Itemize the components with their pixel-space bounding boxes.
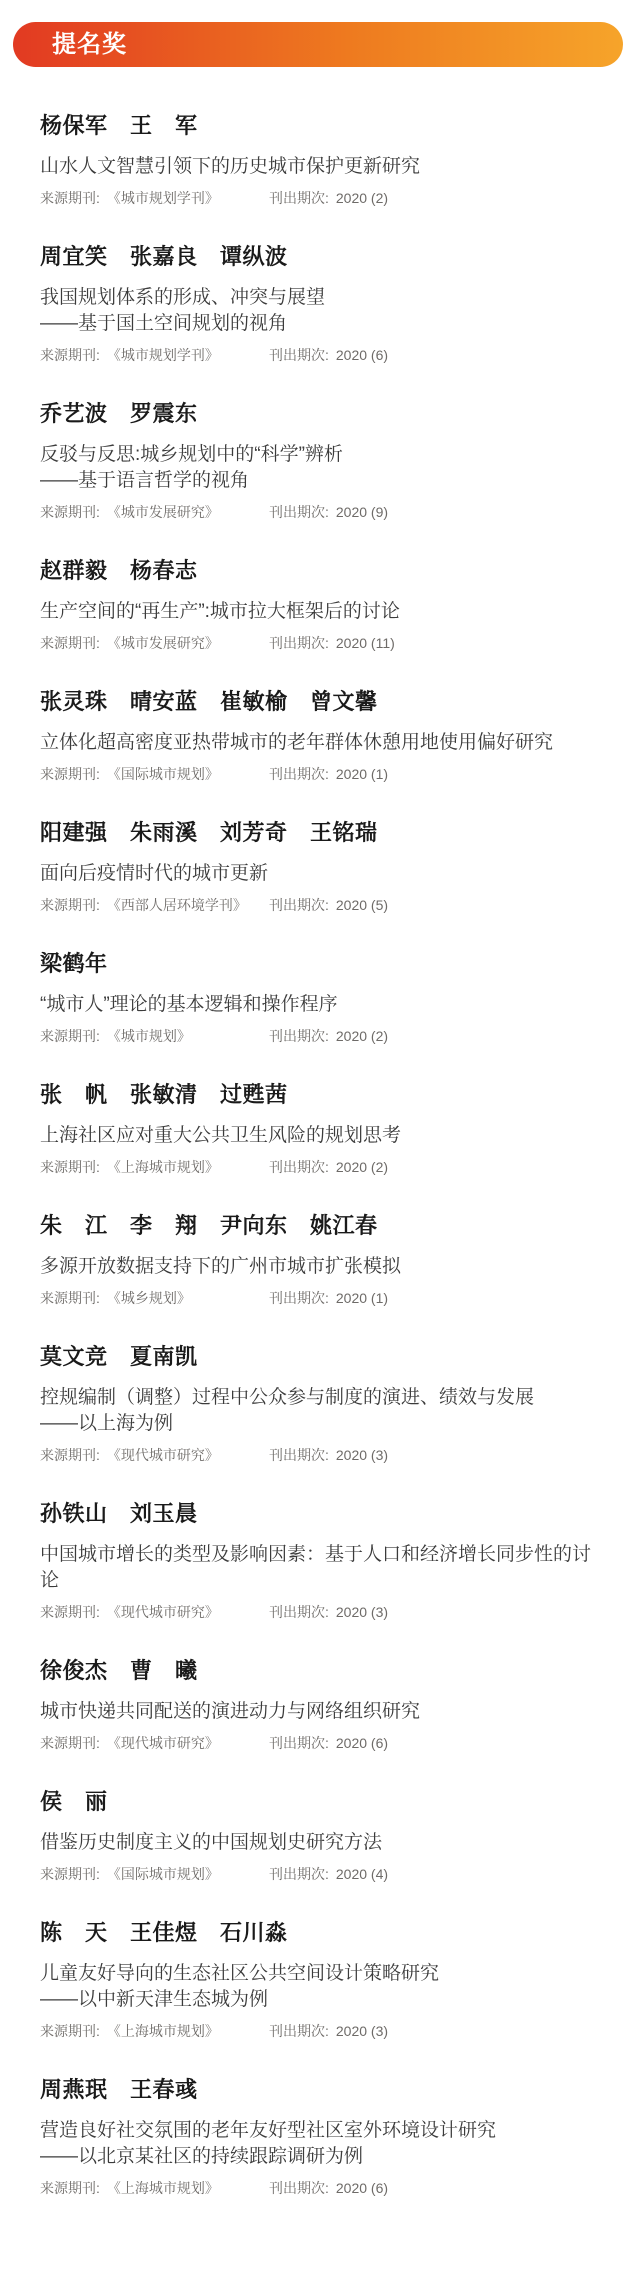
entry-issue-group: 刊出期次:2020 (3) <box>269 1603 388 1621</box>
journal-name: 《西部人居环境学刊》 <box>107 897 247 913</box>
entry-title: 儿童友好导向的生态社区公共空间设计策略研究 ——以中新天津生态城为例 <box>40 1961 606 2013</box>
issue-label: 刊出期次: <box>269 1290 329 1306</box>
entry-meta: 来源期刊:《城市规划学刊》 刊出期次:2020 (6) <box>40 346 606 364</box>
entry-journal-group: 来源期刊:《上海城市规划》 <box>40 2022 255 2040</box>
entry-issue-group: 刊出期次:2020 (6) <box>269 346 388 364</box>
entry-authors: 侯 丽 <box>40 1789 606 1815</box>
award-entry: 周燕珉 王春彧 营造良好社交氛围的老年友好型社区室外环境设计研究 ——以北京某社… <box>40 2077 606 2197</box>
entry-authors: 孙铁山 刘玉晨 <box>40 1501 606 1527</box>
entry-issue-group: 刊出期次:2020 (2) <box>269 189 388 207</box>
entry-journal-group: 来源期刊:《上海城市规划》 <box>40 2179 255 2197</box>
issue-label: 刊出期次: <box>269 504 329 520</box>
issue-value: 2020 (3) <box>336 1604 388 1620</box>
entry-issue-group: 刊出期次:2020 (3) <box>269 1446 388 1464</box>
entry-journal-group: 来源期刊:《西部人居环境学刊》 <box>40 896 255 914</box>
entry-journal-group: 来源期刊:《现代城市研究》 <box>40 1446 255 1464</box>
entry-title: 反驳与反思:城乡规划中的“科学”辨析 ——基于语言哲学的视角 <box>40 442 606 494</box>
issue-label: 刊出期次: <box>269 766 329 782</box>
award-entry: 侯 丽 借鉴历史制度主义的中国规划史研究方法 来源期刊:《国际城市规划》 刊出期… <box>40 1789 606 1883</box>
entry-title: 控规编制（调整）过程中公众参与制度的演进、绩效与发展 ——以上海为例 <box>40 1385 606 1437</box>
issue-label: 刊出期次: <box>269 1447 329 1463</box>
journal-label: 来源期刊: <box>40 2180 100 2196</box>
issue-label: 刊出期次: <box>269 1866 329 1882</box>
issue-label: 刊出期次: <box>269 1028 329 1044</box>
entry-meta: 来源期刊:《城市规划》 刊出期次:2020 (2) <box>40 1027 606 1045</box>
entry-meta: 来源期刊:《西部人居环境学刊》 刊出期次:2020 (5) <box>40 896 606 914</box>
issue-value: 2020 (5) <box>336 897 388 913</box>
issue-value: 2020 (3) <box>336 2023 388 2039</box>
journal-name: 《国际城市规划》 <box>107 766 219 782</box>
issue-label: 刊出期次: <box>269 635 329 651</box>
entry-meta: 来源期刊:《城市发展研究》 刊出期次:2020 (11) <box>40 634 606 652</box>
award-entry: 徐俊杰 曹 曦 城市快递共同配送的演进动力与网络组织研究 来源期刊:《现代城市研… <box>40 1658 606 1752</box>
entry-issue-group: 刊出期次:2020 (2) <box>269 1158 388 1176</box>
entry-title: 立体化超高密度亚热带城市的老年群体休憩用地使用偏好研究 <box>40 730 606 756</box>
issue-value: 2020 (1) <box>336 1290 388 1306</box>
award-category-badge: 提名奖 <box>13 22 623 67</box>
issue-value: 2020 (1) <box>336 766 388 782</box>
entry-title: 城市快递共同配送的演进动力与网络组织研究 <box>40 1699 606 1725</box>
entry-title: 山水人文智慧引领下的历史城市保护更新研究 <box>40 154 606 180</box>
entry-journal-group: 来源期刊:《现代城市研究》 <box>40 1603 255 1621</box>
journal-name: 《城市规划学刊》 <box>107 347 219 363</box>
entry-title: 生产空间的“再生产”:城市拉大框架后的讨论 <box>40 599 606 625</box>
entry-journal-group: 来源期刊:《国际城市规划》 <box>40 765 255 783</box>
entry-authors: 张 帆 张敏清 过甦茜 <box>40 1082 606 1108</box>
issue-value: 2020 (2) <box>336 190 388 206</box>
entry-meta: 来源期刊:《上海城市规划》 刊出期次:2020 (3) <box>40 2022 606 2040</box>
entry-title: “城市人”理论的基本逻辑和操作程序 <box>40 992 606 1018</box>
issue-value: 2020 (11) <box>336 635 395 651</box>
journal-name: 《国际城市规划》 <box>107 1866 219 1882</box>
issue-label: 刊出期次: <box>269 347 329 363</box>
entry-journal-group: 来源期刊:《城乡规划》 <box>40 1289 255 1307</box>
entry-issue-group: 刊出期次:2020 (4) <box>269 1865 388 1883</box>
award-category-label: 提名奖 <box>52 33 127 57</box>
journal-label: 来源期刊: <box>40 1028 100 1044</box>
issue-label: 刊出期次: <box>269 2023 329 2039</box>
award-entry: 周宜笑 张嘉良 谭纵波 我国规划体系的形成、冲突与展望 ——基于国土空间规划的视… <box>40 244 606 364</box>
entry-meta: 来源期刊:《城市发展研究》 刊出期次:2020 (9) <box>40 503 606 521</box>
entry-journal-group: 来源期刊:《国际城市规划》 <box>40 1865 255 1883</box>
entry-authors: 朱 江 李 翔 尹向东 姚江春 <box>40 1213 606 1239</box>
issue-label: 刊出期次: <box>269 1735 329 1751</box>
journal-name: 《城市发展研究》 <box>107 504 219 520</box>
issue-value: 2020 (6) <box>336 1735 388 1751</box>
entry-meta: 来源期刊:《现代城市研究》 刊出期次:2020 (3) <box>40 1603 606 1621</box>
entry-meta: 来源期刊:《城市规划学刊》 刊出期次:2020 (2) <box>40 189 606 207</box>
award-entry: 乔艺波 罗震东 反驳与反思:城乡规划中的“科学”辨析 ——基于语言哲学的视角 来… <box>40 401 606 521</box>
entry-issue-group: 刊出期次:2020 (2) <box>269 1027 388 1045</box>
issue-label: 刊出期次: <box>269 1159 329 1175</box>
entry-authors: 阳建强 朱雨溪 刘芳奇 王铭瑞 <box>40 820 606 846</box>
issue-value: 2020 (2) <box>336 1159 388 1175</box>
award-entry: 朱 江 李 翔 尹向东 姚江春 多源开放数据支持下的广州市城市扩张模拟 来源期刊… <box>40 1213 606 1307</box>
entry-meta: 来源期刊:《上海城市规划》 刊出期次:2020 (2) <box>40 1158 606 1176</box>
award-entry: 赵群毅 杨春志 生产空间的“再生产”:城市拉大框架后的讨论 来源期刊:《城市发展… <box>40 558 606 652</box>
entry-issue-group: 刊出期次:2020 (1) <box>269 765 388 783</box>
entry-journal-group: 来源期刊:《城市规划》 <box>40 1027 255 1045</box>
entry-authors: 陈 天 王佳煜 石川淼 <box>40 1920 606 1946</box>
journal-name: 《城乡规划》 <box>107 1290 191 1306</box>
entry-meta: 来源期刊:《城乡规划》 刊出期次:2020 (1) <box>40 1289 606 1307</box>
issue-value: 2020 (6) <box>336 347 388 363</box>
award-list: 杨保军 王 军 山水人文智慧引领下的历史城市保护更新研究 来源期刊:《城市规划学… <box>0 113 624 2197</box>
entry-meta: 来源期刊:《国际城市规划》 刊出期次:2020 (4) <box>40 1865 606 1883</box>
issue-value: 2020 (2) <box>336 1028 388 1044</box>
issue-value: 2020 (3) <box>336 1447 388 1463</box>
issue-label: 刊出期次: <box>269 2180 329 2196</box>
entry-issue-group: 刊出期次:2020 (6) <box>269 2179 388 2197</box>
issue-value: 2020 (6) <box>336 2180 388 2196</box>
entry-journal-group: 来源期刊:《城市发展研究》 <box>40 634 255 652</box>
entry-journal-group: 来源期刊:《城市发展研究》 <box>40 503 255 521</box>
entry-authors: 周燕珉 王春彧 <box>40 2077 606 2103</box>
journal-label: 来源期刊: <box>40 1866 100 1882</box>
entry-issue-group: 刊出期次:2020 (1) <box>269 1289 388 1307</box>
issue-label: 刊出期次: <box>269 1604 329 1620</box>
journal-label: 来源期刊: <box>40 1735 100 1751</box>
entry-authors: 徐俊杰 曹 曦 <box>40 1658 606 1684</box>
entry-title: 我国规划体系的形成、冲突与展望 ——基于国土空间规划的视角 <box>40 285 606 337</box>
entry-meta: 来源期刊:《国际城市规划》 刊出期次:2020 (1) <box>40 765 606 783</box>
entry-authors: 梁鹤年 <box>40 951 606 977</box>
journal-name: 《上海城市规划》 <box>107 2180 219 2196</box>
journal-label: 来源期刊: <box>40 2023 100 2039</box>
award-entry: 张 帆 张敏清 过甦茜 上海社区应对重大公共卫生风险的规划思考 来源期刊:《上海… <box>40 1082 606 1176</box>
journal-label: 来源期刊: <box>40 1447 100 1463</box>
journal-label: 来源期刊: <box>40 1290 100 1306</box>
entry-title: 借鉴历史制度主义的中国规划史研究方法 <box>40 1830 606 1856</box>
entry-title: 中国城市增长的类型及影响因素：基于人口和经济增长同步性的讨论 <box>40 1542 606 1594</box>
award-entry: 莫文竞 夏南凯 控规编制（调整）过程中公众参与制度的演进、绩效与发展 ——以上海… <box>40 1344 606 1464</box>
journal-name: 《城市规划》 <box>107 1028 191 1044</box>
journal-label: 来源期刊: <box>40 190 100 206</box>
award-entry: 阳建强 朱雨溪 刘芳奇 王铭瑞 面向后疫情时代的城市更新 来源期刊:《西部人居环… <box>40 820 606 914</box>
entry-issue-group: 刊出期次:2020 (6) <box>269 1734 388 1752</box>
award-entry: 孙铁山 刘玉晨 中国城市增长的类型及影响因素：基于人口和经济增长同步性的讨论 来… <box>40 1501 606 1621</box>
entry-title: 多源开放数据支持下的广州市城市扩张模拟 <box>40 1254 606 1280</box>
entry-authors: 赵群毅 杨春志 <box>40 558 606 584</box>
journal-name: 《上海城市规划》 <box>107 2023 219 2039</box>
entry-issue-group: 刊出期次:2020 (9) <box>269 503 388 521</box>
issue-label: 刊出期次: <box>269 190 329 206</box>
journal-label: 来源期刊: <box>40 347 100 363</box>
entry-authors: 周宜笑 张嘉良 谭纵波 <box>40 244 606 270</box>
award-entry: 梁鹤年 “城市人”理论的基本逻辑和操作程序 来源期刊:《城市规划》 刊出期次:2… <box>40 951 606 1045</box>
page-header: 提名奖 <box>0 22 624 67</box>
journal-name: 《现代城市研究》 <box>107 1604 219 1620</box>
entry-issue-group: 刊出期次:2020 (5) <box>269 896 388 914</box>
entry-journal-group: 来源期刊:《城市规划学刊》 <box>40 189 255 207</box>
journal-name: 《上海城市规划》 <box>107 1159 219 1175</box>
entry-meta: 来源期刊:《现代城市研究》 刊出期次:2020 (3) <box>40 1446 606 1464</box>
issue-value: 2020 (9) <box>336 504 388 520</box>
issue-value: 2020 (4) <box>336 1866 388 1882</box>
journal-name: 《现代城市研究》 <box>107 1735 219 1751</box>
entry-journal-group: 来源期刊:《上海城市规划》 <box>40 1158 255 1176</box>
entry-authors: 莫文竞 夏南凯 <box>40 1344 606 1370</box>
issue-label: 刊出期次: <box>269 897 329 913</box>
nomination-award-page: { "header": { "badge_label": "提名奖", "gra… <box>0 0 640 2274</box>
journal-label: 来源期刊: <box>40 1159 100 1175</box>
journal-name: 《城市发展研究》 <box>107 635 219 651</box>
award-entry: 杨保军 王 军 山水人文智慧引领下的历史城市保护更新研究 来源期刊:《城市规划学… <box>40 113 606 207</box>
entry-issue-group: 刊出期次:2020 (3) <box>269 2022 388 2040</box>
award-entry: 张灵珠 晴安蓝 崔敏榆 曾文馨 立体化超高密度亚热带城市的老年群体休憩用地使用偏… <box>40 689 606 783</box>
entry-journal-group: 来源期刊:《城市规划学刊》 <box>40 346 255 364</box>
award-entry: 陈 天 王佳煜 石川淼 儿童友好导向的生态社区公共空间设计策略研究 ——以中新天… <box>40 1920 606 2040</box>
journal-name: 《现代城市研究》 <box>107 1447 219 1463</box>
journal-label: 来源期刊: <box>40 1604 100 1620</box>
entry-meta: 来源期刊:《现代城市研究》 刊出期次:2020 (6) <box>40 1734 606 1752</box>
journal-label: 来源期刊: <box>40 635 100 651</box>
entry-title: 营造良好社交氛围的老年友好型社区室外环境设计研究 ——以北京某社区的持续跟踪调研… <box>40 2118 606 2170</box>
entry-title: 面向后疫情时代的城市更新 <box>40 861 606 887</box>
entry-authors: 张灵珠 晴安蓝 崔敏榆 曾文馨 <box>40 689 606 715</box>
entry-issue-group: 刊出期次:2020 (11) <box>269 634 395 652</box>
entry-journal-group: 来源期刊:《现代城市研究》 <box>40 1734 255 1752</box>
journal-label: 来源期刊: <box>40 897 100 913</box>
journal-label: 来源期刊: <box>40 504 100 520</box>
entry-meta: 来源期刊:《上海城市规划》 刊出期次:2020 (6) <box>40 2179 606 2197</box>
entry-authors: 杨保军 王 军 <box>40 113 606 139</box>
entry-title: 上海社区应对重大公共卫生风险的规划思考 <box>40 1123 606 1149</box>
entry-authors: 乔艺波 罗震东 <box>40 401 606 427</box>
journal-label: 来源期刊: <box>40 766 100 782</box>
journal-name: 《城市规划学刊》 <box>107 190 219 206</box>
